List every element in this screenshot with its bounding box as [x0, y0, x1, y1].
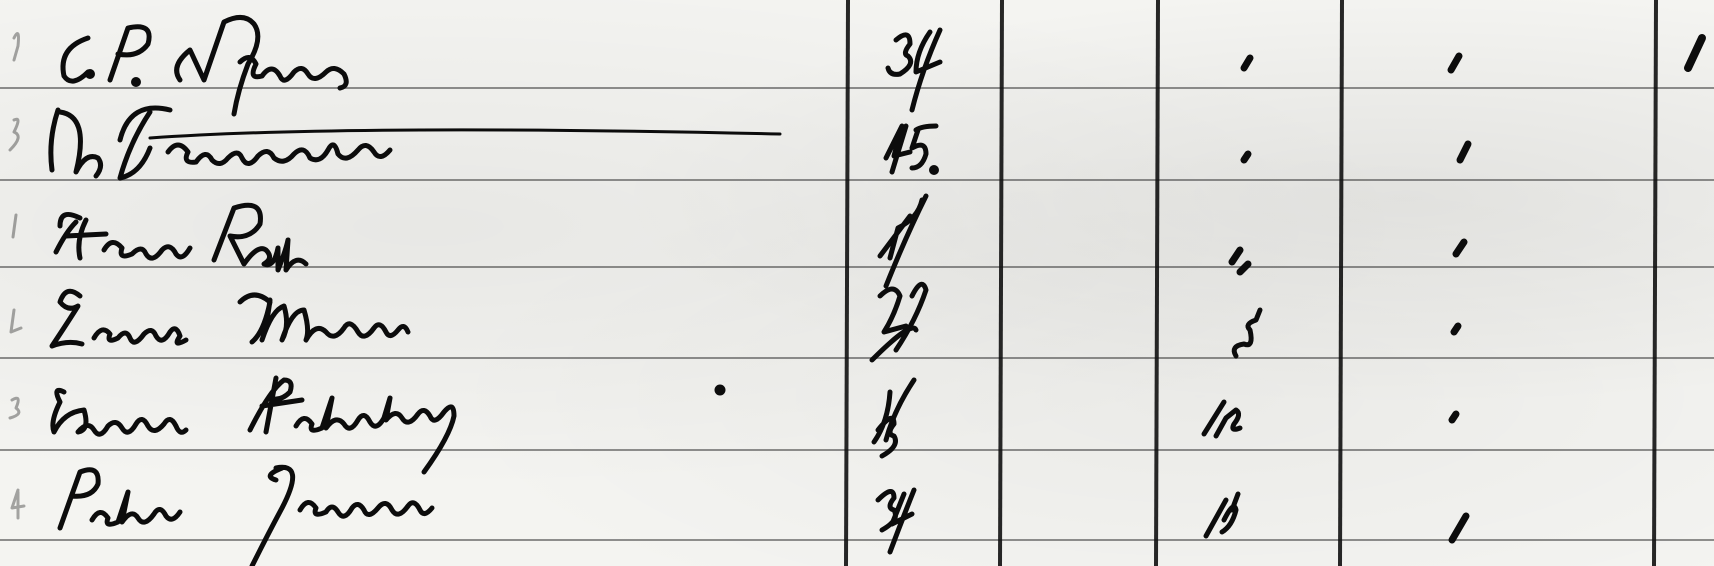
ledger-page: 9 C. P. Nylaus 34 ' ' / 5 M. Fredriksdot… — [0, 0, 1714, 566]
column-rule — [846, 0, 848, 566]
column-rule — [1000, 0, 1002, 566]
age-column-ink — [872, 30, 940, 552]
column-rule — [1654, 0, 1656, 566]
column-rule — [1156, 0, 1158, 566]
row-markers — [10, 34, 24, 519]
column-rule — [1340, 0, 1342, 566]
